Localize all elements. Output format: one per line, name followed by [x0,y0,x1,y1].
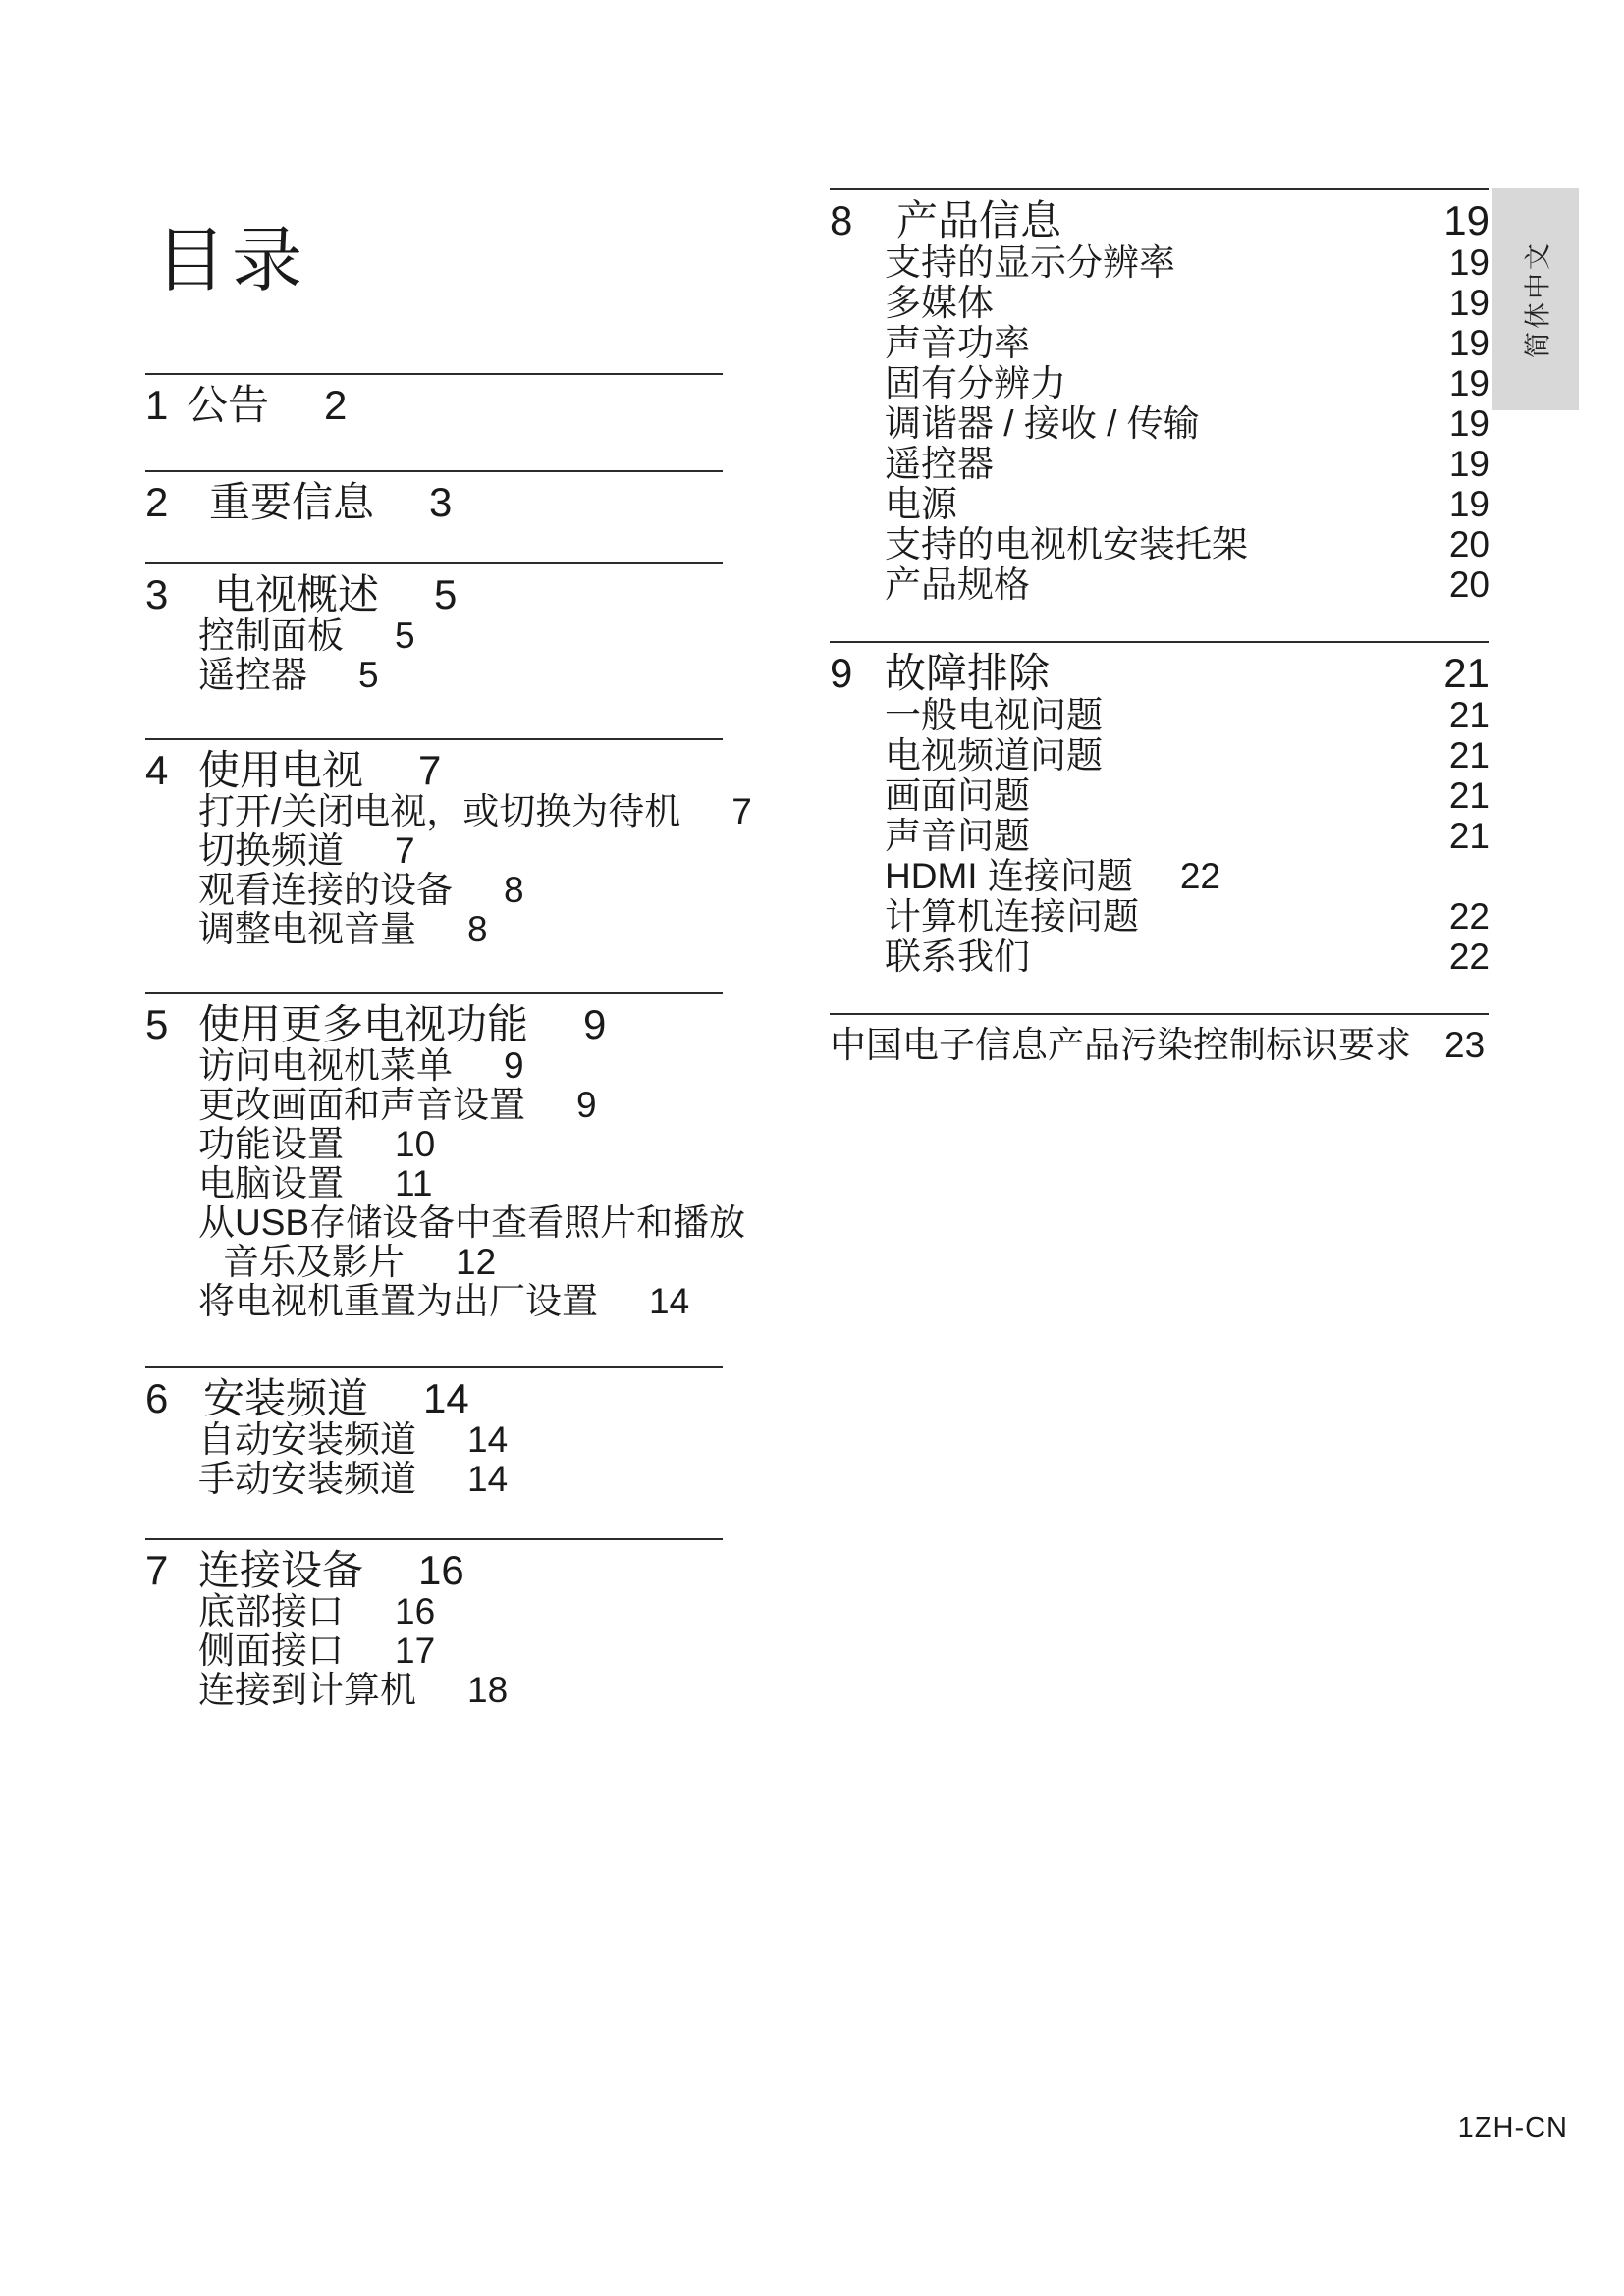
entry-title: 底部接口 [198,1592,344,1631]
entry-title: 观看连接的设备 [198,871,453,910]
section-number: 5 [145,1003,198,1046]
entry-page-number: 19 [1449,403,1489,444]
entry-title: 多媒体 [885,283,994,323]
toc-section-6: 6 安装频道 14 自动安装频道 14 手动安装频道 14 [145,1366,723,1538]
toc-section-9: 9 故障排除 21 一般电视问题 21 电视频道问题 21 画面问题 21 声音… [830,641,1489,1013]
section-title: 产品信息 [896,199,1061,242]
section-number: 8 [830,199,896,242]
entry-page-number: 21 [1449,775,1489,816]
section-page-number: 21 [1443,652,1489,695]
entry-page-number: 22 [1180,856,1220,896]
footer-code: 1ZH-CN [1458,2112,1568,2145]
entry-title: 画面问题 [885,775,1030,816]
toc-entry[interactable]: 画面问题 21 [830,775,1489,816]
toc-entry-section-1[interactable]: 1 公告 2 [145,384,723,427]
section-page-number: 7 [418,749,441,792]
toc-entry[interactable]: 电视频道问题 21 [830,735,1489,775]
section-page-number: 3 [429,481,452,524]
toc-entry[interactable]: 声音功率 19 [830,323,1489,363]
toc-entry[interactable]: 手动安装频道 14 [145,1460,723,1499]
entry-title: 功能设置 [198,1125,344,1164]
entry-title: 控制面板 [198,616,344,656]
entry-title: 自动安装频道 [198,1420,416,1460]
section-number: 1 [145,384,187,427]
entry-title: 调整电视音量 [198,910,416,949]
entry-title: 联系我们 [885,936,1030,977]
entry-page-number: 5 [395,616,415,656]
toc-entry-china-rohs[interactable]: 中国电子信息产品污染控制标识要求 23 [830,1013,1489,1067]
toc-entry[interactable]: 支持的显示分辨率 19 [830,242,1489,283]
toc-entry[interactable]: 功能设置 10 [145,1125,723,1164]
entry-title: 更改画面和声音设置 [198,1086,525,1125]
entry-page-number: 7 [731,792,752,831]
toc-entry[interactable]: 控制面板 5 [145,616,723,656]
toc-entry[interactable]: 调谐器 / 接收 / 传输 19 [830,403,1489,444]
entry-page-number: 14 [467,1460,508,1499]
section-number: 4 [145,749,198,792]
section-title: 连接设备 [198,1549,363,1592]
entry-page-number: 5 [358,656,379,695]
entry-title: 计算机连接问题 [885,896,1139,936]
entry-page-number: 23 [1444,1024,1485,1067]
manual-toc-page: 目录 简体中文 1 公告 2 2 重要信息 3 3 电视概述 5 [0,0,1624,2296]
entry-page-number: 21 [1449,695,1489,735]
entry-title: 将电视机重置为出厂设置 [198,1282,598,1321]
entry-page-number: 12 [456,1243,496,1282]
section-page-number: 5 [434,573,457,616]
toc-entry[interactable]: 电源 19 [830,484,1489,524]
toc-entry-section-5[interactable]: 5 使用更多电视功能 9 [145,1003,723,1046]
toc-section-1: 1 公告 2 [145,373,723,470]
toc-entry-section-3[interactable]: 3 电视概述 5 [145,573,723,616]
section-title: 使用电视 [198,749,363,792]
toc-entry[interactable]: 电脑设置 11 [145,1164,723,1203]
entry-page-number: 7 [395,831,415,871]
entry-title: 手动安装频道 [198,1460,416,1499]
toc-entry[interactable]: 自动安装频道 14 [145,1420,723,1460]
section-number: 9 [830,652,885,695]
entry-page-number: 8 [467,910,488,949]
toc-entry-section-6[interactable]: 6 安装频道 14 [145,1377,723,1420]
toc-section-4: 4 使用电视 7 打开/关闭电视，或切换为待机 7 切换频道 7 观看连接的设备… [145,738,723,992]
entry-page-number: 19 [1449,363,1489,403]
entry-title: 产品规格 [885,564,1030,605]
entry-title: 切换频道 [198,831,344,871]
section-page-number: 9 [583,1003,606,1046]
section-page-number: 14 [423,1377,469,1420]
entry-page-number: 21 [1449,735,1489,775]
entry-page-number: 19 [1449,242,1489,283]
toc-left-column: 1 公告 2 2 重要信息 3 3 电视概述 5 控制面板 5 遥控 [145,373,723,1753]
language-tab-label: 简体中文 [1517,240,1555,358]
entry-title: 调谐器 / 接收 / 传输 [885,403,1200,444]
toc-entry[interactable]: 连接到计算机 18 [145,1671,723,1710]
section-page-number: 16 [418,1549,464,1592]
entry-title: 固有分辨力 [885,363,1066,403]
entry-title: 打开/关闭电视，或切换为待机 [198,792,680,831]
language-tab: 简体中文 [1492,188,1579,410]
toc-entry[interactable]: 打开/关闭电视，或切换为待机 7 [145,792,723,831]
entry-page-number: 9 [576,1086,597,1125]
toc-entry-section-9[interactable]: 9 故障排除 21 [830,652,1489,695]
entry-title: 侧面接口 [198,1631,344,1671]
toc-entry[interactable]: 更改画面和声音设置 9 [145,1086,723,1125]
entry-title: 电视频道问题 [885,735,1103,775]
entry-title: 遥控器 [198,656,307,695]
entry-title: 访问电视机菜单 [198,1046,453,1086]
entry-page-number: 19 [1449,323,1489,363]
toc-section-5: 5 使用更多电视功能 9 访问电视机菜单 9 更改画面和声音设置 9 功能设置 … [145,992,723,1366]
entry-title: 遥控器 [885,444,994,484]
entry-title: 支持的电视机安装托架 [885,524,1248,564]
entry-title: 从USB存储设备中查看照片和播放 [198,1203,745,1243]
entry-page-number: 22 [1449,896,1489,936]
entry-page-number: 9 [504,1046,524,1086]
toc-entry[interactable]: 将电视机重置为出厂设置 14 [145,1282,723,1321]
entry-page-number: 16 [395,1592,435,1631]
entry-title: 声音功率 [885,323,1030,363]
entry-title: HDMI 连接问题 [885,856,1133,896]
toc-entry[interactable]: 从USB存储设备中查看照片和播放 [145,1203,723,1243]
toc-entry[interactable]: 固有分辨力 19 [830,363,1489,403]
toc-entry[interactable]: 切换频道 7 [145,831,723,871]
toc-entry[interactable]: 声音问题 21 [830,816,1489,856]
toc-entry-continuation[interactable]: 音乐及影片 12 [145,1243,723,1282]
toc-entry[interactable]: 底部接口 16 [145,1592,723,1631]
section-number: 6 [145,1377,203,1420]
entry-page-number: 19 [1449,283,1489,323]
toc-entry[interactable]: 多媒体 19 [830,283,1489,323]
entry-page-number: 11 [395,1164,432,1203]
entry-page-number: 21 [1449,816,1489,856]
toc-entry[interactable]: 观看连接的设备 8 [145,871,723,910]
toc-entry-section-7[interactable]: 7 连接设备 16 [145,1549,723,1592]
entry-page-number: 19 [1449,484,1489,524]
entry-page-number: 20 [1449,524,1489,564]
toc-entry[interactable]: 遥控器 5 [145,656,723,695]
section-number: 7 [145,1549,198,1592]
section-title: 公告 [187,384,269,427]
toc-section-3: 3 电视概述 5 控制面板 5 遥控器 5 [145,562,723,738]
toc-entry[interactable]: 调整电视音量 8 [145,910,723,949]
toc-entry[interactable]: 产品规格 20 [830,564,1489,605]
entry-page-number: 10 [395,1125,435,1164]
section-title: 故障排除 [885,652,1050,695]
toc-entry-section-8[interactable]: 8 产品信息 19 [830,199,1489,242]
toc-entry[interactable]: 访问电视机菜单 9 [145,1046,723,1086]
section-title: 使用更多电视功能 [198,1003,528,1046]
entry-title: 连接到计算机 [198,1671,416,1710]
toc-entry[interactable]: HDMI 连接问题 22 [830,856,1489,896]
entry-page-number: 19 [1449,444,1489,484]
toc-entry[interactable]: 一般电视问题 21 [830,695,1489,735]
toc-section-7: 7 连接设备 16 底部接口 16 侧面接口 17 连接到计算机 18 [145,1538,723,1753]
entry-page-number: 17 [395,1631,435,1671]
section-title: 电视概述 [214,573,379,616]
toc-section-8: 8 产品信息 19 支持的显示分辨率 19 多媒体 19 声音功率 19 固有分… [830,188,1489,641]
entry-page-number: 14 [649,1282,689,1321]
section-number: 2 [145,481,209,524]
entry-page-number: 22 [1449,936,1489,977]
toc-entry[interactable]: 遥控器 19 [830,444,1489,484]
entry-title: 电脑设置 [198,1164,344,1203]
toc-entry-section-4[interactable]: 4 使用电视 7 [145,749,723,792]
entry-page-number: 18 [467,1671,508,1710]
entry-title: 一般电视问题 [885,695,1103,735]
toc-entry[interactable]: 联系我们 22 [830,936,1489,977]
section-page-number: 19 [1443,199,1489,242]
toc-section-2: 2 重要信息 3 [145,470,723,562]
entry-title: 支持的显示分辨率 [885,242,1175,283]
page-title: 目录 [155,224,308,298]
entry-title: 声音问题 [885,816,1030,856]
toc-entry[interactable]: 侧面接口 17 [145,1631,723,1671]
toc-entry[interactable]: 计算机连接问题 22 [830,896,1489,936]
entry-title: 中国电子信息产品污染控制标识要求 [830,1024,1411,1067]
section-number: 3 [145,573,214,616]
toc-right-column: 8 产品信息 19 支持的显示分辨率 19 多媒体 19 声音功率 19 固有分… [830,188,1489,1067]
toc-entry[interactable]: 支持的电视机安装托架 20 [830,524,1489,564]
entry-page-number: 14 [467,1420,508,1460]
entry-title: 音乐及影片 [223,1243,405,1282]
entry-page-number: 20 [1449,564,1489,605]
section-title: 安装频道 [203,1377,368,1420]
section-page-number: 2 [324,384,347,427]
entry-page-number: 8 [504,871,524,910]
toc-entry-section-2[interactable]: 2 重要信息 3 [145,481,723,524]
entry-title: 电源 [885,484,957,524]
section-title: 重要信息 [209,481,374,524]
